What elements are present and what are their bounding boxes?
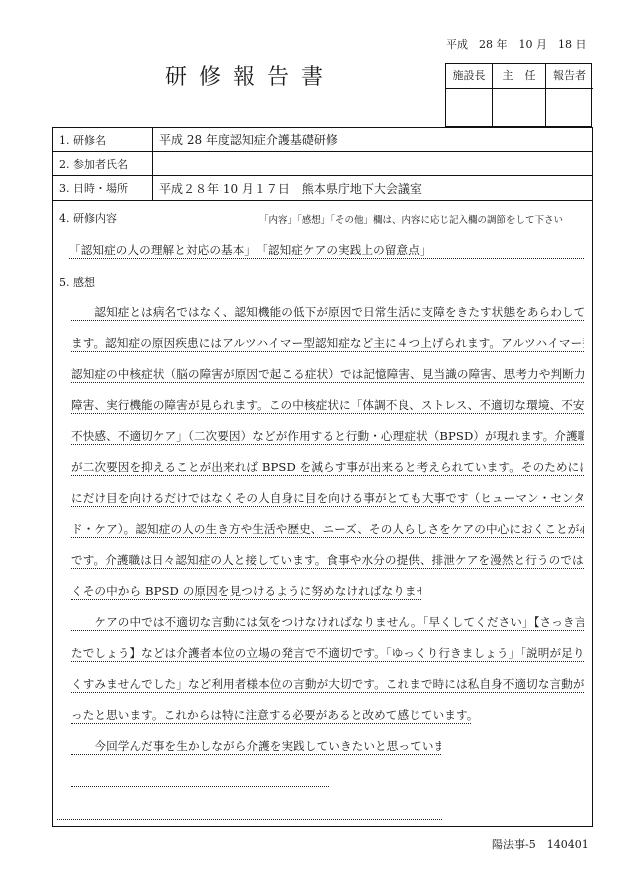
report-date: 平成 28 年 10 月 18 日 [446, 36, 586, 52]
field-label: 1. 研修名 [53, 128, 153, 151]
approval-header-supervisor: 主 任 [493, 64, 546, 89]
page-title: 研修報告書 [150, 60, 350, 91]
field-row-datetime-place: 3. 日時・場所 平成２８年 10 月１７日 熊本県庁地下大会議室 [53, 176, 592, 201]
blank-line[interactable] [57, 803, 442, 820]
field-row-participant-name: 2. 参加者氏名 [53, 152, 592, 176]
impression-line[interactable]: 認知症とは病名ではなく、認知機能の低下が原因で日常生活に支障をきたす状態をあらわ… [71, 304, 584, 321]
impression-line[interactable]: 認知症の中核症状（脳の障害が原因で起こる症状）では記憶障害、見当識の障害、思考力… [71, 366, 584, 383]
impression-line[interactable]: 障害、実行機能の障害が見られます。この中核症状に「体調不良、ストレス、不適切な環… [71, 397, 584, 414]
section-note: 「内容」「感想」「その他」欄は、内容に応じ記入欄の調節をして下さい [259, 212, 563, 226]
stamp-cell-supervisor[interactable] [493, 89, 546, 128]
report-form: 1. 研修名 平成 28 年度認知症介護基礎研修 2. 参加者氏名 3. 日時・… [52, 127, 593, 827]
impression-line[interactable]: ます。認知症の原因疾患にはアルツハイマー型認知症など主に４つ上げられます。アルツ… [71, 335, 584, 352]
datetime-place-value[interactable]: 平成２８年 10 月１７日 熊本県庁地下大会議室 [153, 176, 592, 200]
field-label: 2. 参加者氏名 [53, 152, 153, 175]
impression-line[interactable]: にだけ目を向けるだけではなくその人自身に目を向ける事がとても大事です（ヒューマン… [71, 490, 584, 507]
impression-line[interactable]: たでしょう】などは介護者本位の立場の発言で不適切です。「ゆっくり行きましょう」「… [71, 645, 584, 662]
field-label: 3. 日時・場所 [53, 176, 153, 200]
impression-line[interactable]: くその中から BPSD の原因を見つけるように努めなければなりません。 [71, 583, 421, 600]
section-training-content-label: 4. 研修内容 [59, 210, 117, 226]
impression-line[interactable]: です。介護職は日々認知症の人と接しています。食事や水分の提供、排泄ケアを漫然と行… [71, 552, 584, 569]
field-row-training-name: 1. 研修名 平成 28 年度認知症介護基礎研修 [53, 128, 592, 152]
participant-name-value[interactable] [153, 152, 592, 175]
stamp-cell-facility-director[interactable] [446, 89, 493, 128]
training-name-value[interactable]: 平成 28 年度認知症介護基礎研修 [153, 128, 592, 151]
impression-line[interactable]: くすみませんでした」など利用者様本位の言動が大切です。これまで時には私自身不適切… [71, 676, 584, 693]
impression-line[interactable]: ったと思います。これからは特に注意する必要があると改めて感じています。 [71, 707, 471, 724]
impression-line[interactable]: ケアの中では不適切な言動には気をつけなければなりません。「早くしてください」【さ… [71, 614, 584, 631]
section-impressions-label: 5. 感想 [59, 274, 95, 290]
impression-line[interactable]: ド・ケア）。認知症の人の生き方や生活や歴史、ニーズ、その人らしさをケアの中心にお… [71, 521, 584, 538]
stamp-cell-reporter[interactable] [546, 89, 593, 128]
training-topics[interactable]: 「認知症の人の理解と対応の基本」 「認知症ケアの実践上の留意点」 [69, 242, 584, 259]
impression-line[interactable]: 今回学んだ事を生かしながら介護を実践していきたいと思っています。 [71, 738, 441, 755]
impression-line[interactable]: 不快感、不適切ケア」（二次要因）などが作用すると行動・心理症状（BPSD）が現れ… [71, 428, 584, 445]
impression-line[interactable]: が二次要因を抑えることが出来れば BPSD を減らす事が出来ると考えられています… [71, 459, 584, 476]
form-code: 陽法事-5 140401 [492, 836, 589, 852]
approval-header-facility-director: 施設長 [446, 64, 493, 89]
approval-stamp-box: 施設長 主 任 報告者 [445, 63, 592, 127]
blank-line[interactable] [71, 770, 329, 787]
approval-header-reporter: 報告者 [546, 64, 593, 89]
